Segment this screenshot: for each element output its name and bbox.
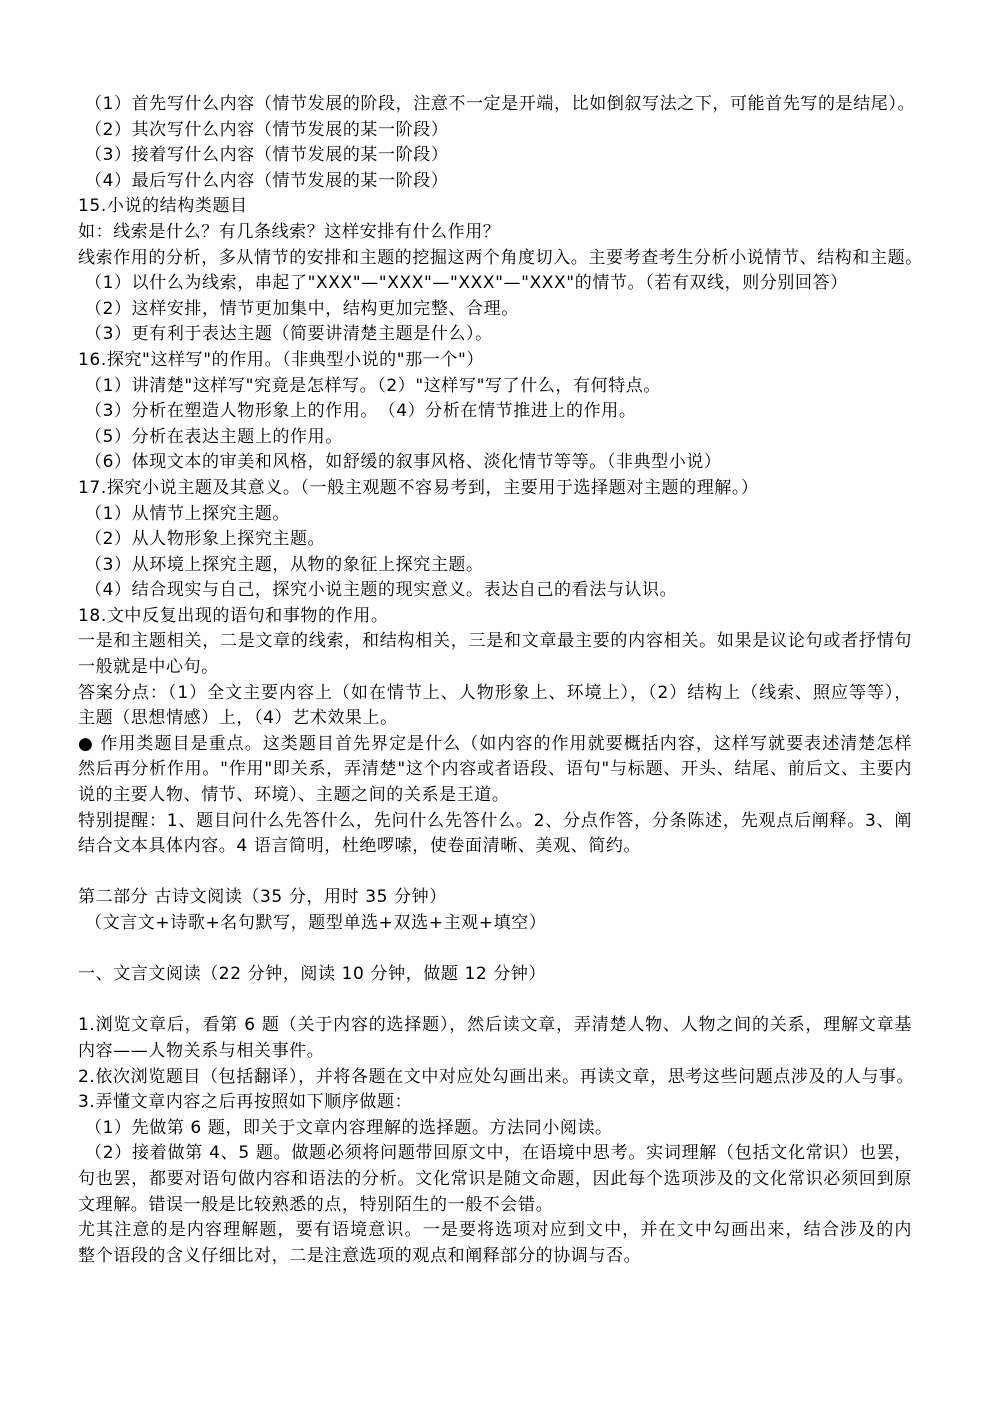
text-line: 一般就是中心句。 xyxy=(78,655,912,681)
text-line: （3）更有利于表达主题（简要讲清楚主题是什么）。 xyxy=(78,322,912,348)
text-line: 说的主要人物、情节、环境）、主题之间的关系是王道。 xyxy=(78,783,912,809)
document-page: （1）首先写什么内容（情节发展的阶段，注意不一定是开端，比如倒叙写法之下，可能首… xyxy=(0,0,992,1403)
text-line: 一是和主题相关，二是文章的线索，和结构相关，三是和文章最主要的内容相关。如果是议… xyxy=(78,629,912,655)
text-line: 文理解。错误一般是比较熟悉的点，特别陌生的一般不会错。 xyxy=(78,1193,912,1219)
text-line: 16.探究"这样写"的作用。（非典型小说的"那一个"） xyxy=(78,348,912,374)
text-line: （2）这样安排，情节更加集中，结构更加完整、合理。 xyxy=(78,297,912,323)
text-line: （1）以什么为线索，串起了"XXX"—"XXX"—"XXX"—"XXX"的情节。… xyxy=(78,271,912,297)
blank-line xyxy=(78,988,912,1014)
blank-line xyxy=(78,937,912,963)
text-line: 3.弄懂文章内容之后再按照如下顺序做题： xyxy=(78,1090,912,1116)
text-line: 线索作用的分析，多从情节的安排和主题的挖掘这两个角度切入。主要考查考生分析小说情… xyxy=(78,246,912,272)
text-line: 特别提醒：1、题目问什么先答什么，先问什么先答什么。2、分点作答，分条陈述，先观… xyxy=(78,809,912,835)
text-line: 一、文言文阅读（22 分钟，阅读 10 分钟，做题 12 分钟） xyxy=(78,962,912,988)
text-line: 2.依次浏览题目（包括翻译），并将各题在文中对应处勾画出来。再读文章，思考这些问… xyxy=(78,1065,912,1091)
text-line: 句也罢，都要对语句做内容和语法的分析。文化常识是随文命题，因此每个选项涉及的文化… xyxy=(78,1167,912,1193)
text-line: 尤其注意的是内容理解题，要有语境意识。一是要将选项对应到文中，并在文中勾画出来，… xyxy=(78,1218,912,1244)
text-line: （1）首先写什么内容（情节发展的阶段，注意不一定是开端，比如倒叙写法之下，可能首… xyxy=(78,92,912,118)
text-line: 整个语段的含义仔细比对，二是注意选项的观点和阐释部分的协调与否。 xyxy=(78,1244,912,1270)
text-line: （2）从人物形象上探究主题。 xyxy=(78,527,912,553)
text-line: 1.浏览文章后，看第 6 题（关于内容的选择题），然后读文章，弄清楚人物、人物之… xyxy=(78,1013,912,1039)
text-line: （2）接着做第 4、5 题。做题必须将问题带回原文中，在语境中思考。实词理解（包… xyxy=(78,1141,912,1167)
text-line: 然后再分析作用。"作用"即关系，弄清楚"这个内容或者语段、语句"与标题、开头、结… xyxy=(78,757,912,783)
text-line: （3）分析在塑造人物形象上的作用。 （4）分析在情节推进上的作用。 xyxy=(78,399,912,425)
text-line: （1）从情节上探究主题。 xyxy=(78,502,912,528)
text-line: （3）接着写什么内容（情节发展的某一阶段） xyxy=(78,143,912,169)
text-line: 18.文中反复出现的语句和事物的作用。 xyxy=(78,604,912,630)
text-line: 如：线索是什么？有几条线索？这样安排有什么作用？ xyxy=(78,220,912,246)
text-line: （5）分析在表达主题上的作用。 xyxy=(78,425,912,451)
text-line: 结合文本具体内容。4 语言简明，杜绝啰嗦，使卷面清晰、美观、简约。 xyxy=(78,834,912,860)
text-line: 15.小说的结构类题目 xyxy=(78,194,912,220)
text-line: 第二部分 古诗文阅读（35 分，用时 35 分钟） xyxy=(78,885,912,911)
text-line: （1）讲清楚"这样写"究竟是怎样写。（2）"这样写"写了什么，有何特点。 xyxy=(78,374,912,400)
text-line: （4）最后写什么内容（情节发展的某一阶段） xyxy=(78,169,912,195)
text-line: （4）结合现实与自己，探究小说主题的现实意义。表达自己的看法与认识。 xyxy=(78,578,912,604)
text-line: 17.探究小说主题及其意义。（一般主观题不容易考到，主要用于选择题对主题的理解。… xyxy=(78,476,912,502)
text-line: （文言文+诗歌+名句默写，题型单选+双选+主观+填空） xyxy=(78,911,912,937)
text-line: 内容——人物关系与相关事件。 xyxy=(78,1039,912,1065)
blank-line xyxy=(78,860,912,886)
text-line: 主题（思想情感）上，（4）艺术效果上。 xyxy=(78,706,912,732)
text-line: ● 作用类题目是重点。这类题目首先界定是什么（如内容的作用就要概括内容，这样写就… xyxy=(78,732,912,758)
text-line: （2）其次写什么内容（情节发展的某一阶段） xyxy=(78,118,912,144)
text-line: （6）体现文本的审美和风格，如舒缓的叙事风格、淡化情节等等。（非典型小说） xyxy=(78,450,912,476)
text-line: （3）从环境上探究主题，从物的象征上探究主题。 xyxy=(78,553,912,579)
text-line: （1）先做第 6 题，即关于文章内容理解的选择题。方法同小阅读。 xyxy=(78,1116,912,1142)
document-body: （1）首先写什么内容（情节发展的阶段，注意不一定是开端，比如倒叙写法之下，可能首… xyxy=(78,92,912,1269)
text-line: 答案分点：（1）全文主要内容上（如在情节上、人物形象上、环境上），（2）结构上（… xyxy=(78,681,912,707)
